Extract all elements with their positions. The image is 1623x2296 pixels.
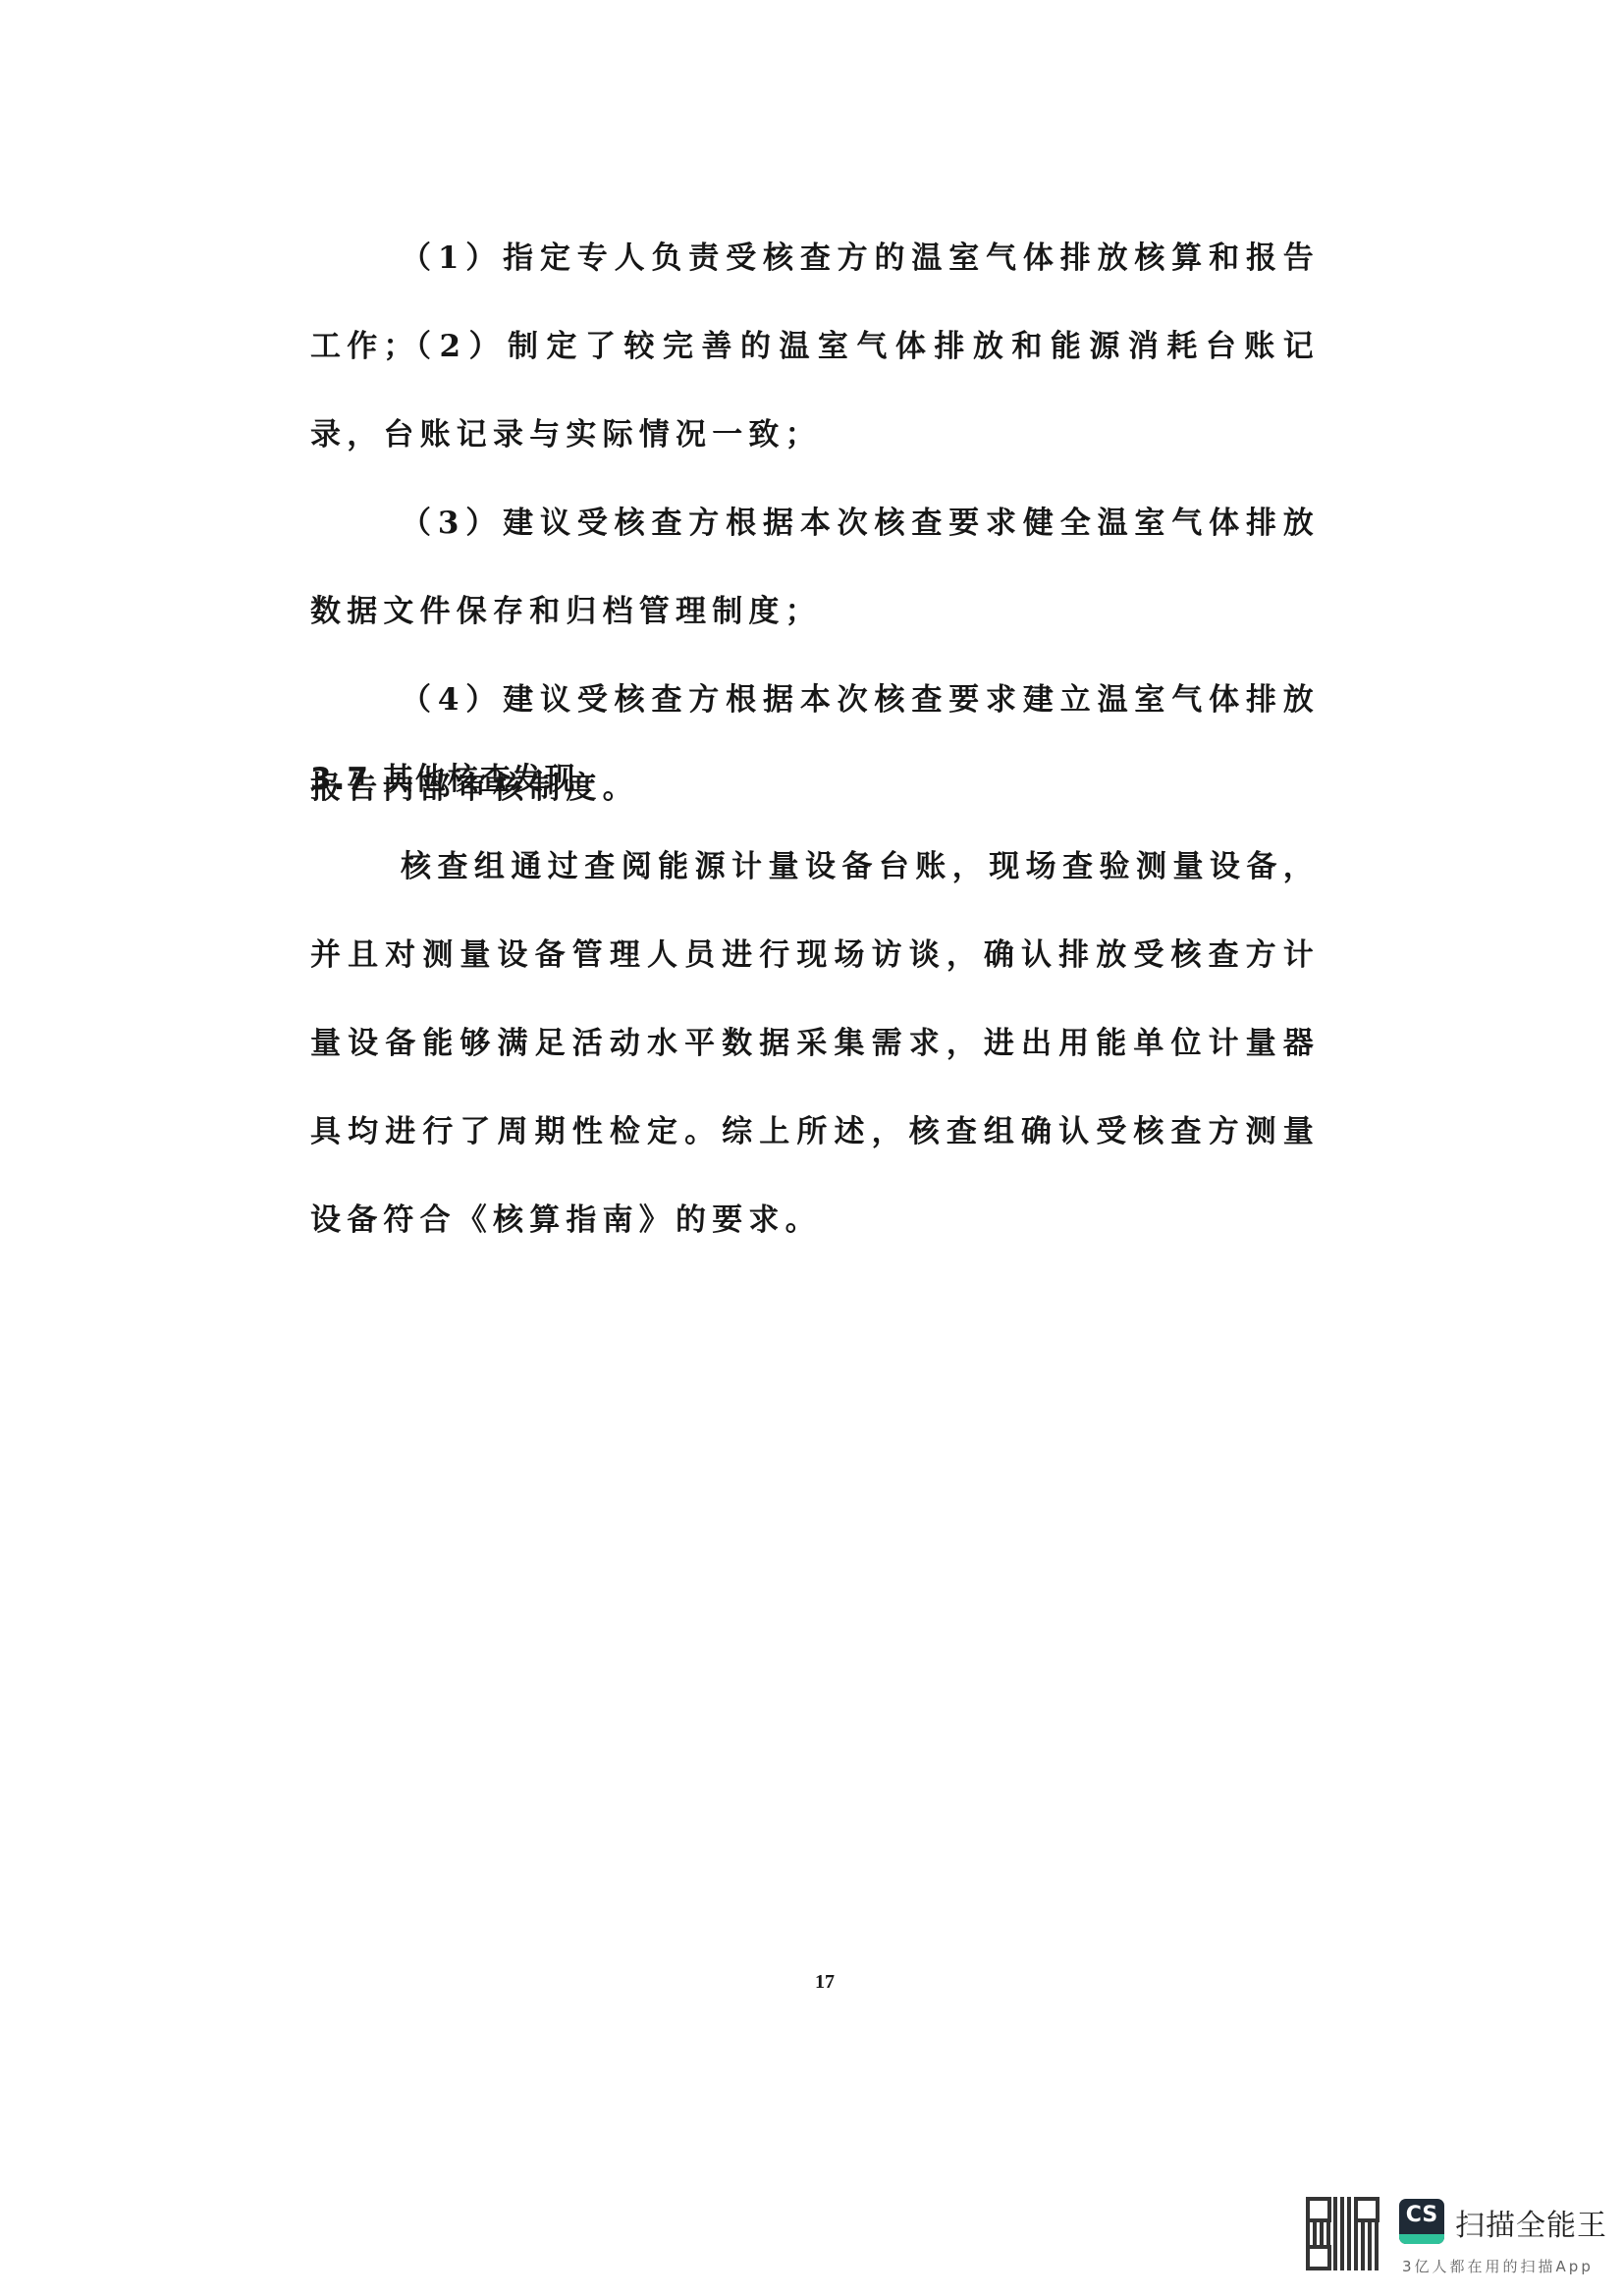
page-number: 17 (815, 1971, 835, 1994)
list-item-2: （2）制定了较完善的温室气体排放和能源消耗台账记录，台账记录与实际情况一致； (310, 302, 1320, 479)
list-item-4: （4）建议受核查方根据本次核查要求建立温室气体排放报告内部审核制度。 (310, 656, 1320, 832)
camscanner-watermark: CS 扫描全能王 3亿人都在用的扫描App (1306, 2187, 1610, 2280)
qr-code-icon (1306, 2197, 1380, 2270)
document-page: （1）指定专人负责受核查方的温室气体排放核算和报告工作； （2）制定了较完善的温… (0, 0, 1623, 2296)
camscanner-logo-icon: CS (1399, 2199, 1444, 2244)
app-name: 扫描全能王 (1455, 2201, 1607, 2244)
list-item-3: （3）建议受核查方根据本次核查要求健全温室气体排放数据文件保存和归档管理制度； (310, 479, 1320, 656)
section-heading: 3.7 其他核查发现 (310, 754, 577, 798)
app-slogan: 3亿人都在用的扫描App (1402, 2256, 1594, 2276)
section-body: 核查组通过查阅能源计量设备台账，现场查验测量设备，并且对测量设备管理人员进行现场… (310, 823, 1320, 1264)
